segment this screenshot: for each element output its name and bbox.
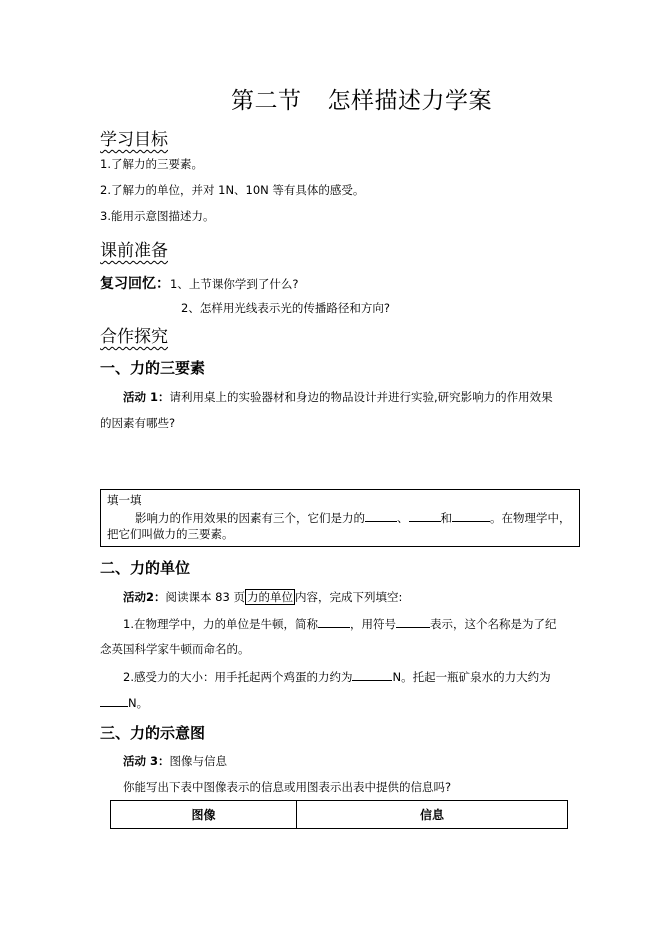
- image-info-table: 图像 信息: [110, 800, 568, 829]
- fill-box-title: 填一填: [107, 492, 142, 508]
- question-text: 1.在物理学中，力的单位是牛顿，简称: [123, 617, 318, 631]
- activity3-label: 活动 3：: [123, 754, 170, 768]
- question-text: N。托起一瓶矿泉水的力大约为: [392, 670, 550, 684]
- activity3-prompt: 你能写出下表中图像表示的信息或用图表示出表中提供的信息吗?: [123, 779, 451, 795]
- preparation-heading: 课前准备: [100, 236, 168, 261]
- blank-element-1[interactable]: [365, 509, 397, 522]
- fill-box-text: 。在物理学中，: [490, 511, 571, 525]
- activity3-text: 图像与信息: [170, 754, 228, 768]
- objective-item: 2.了解力的单位，并对 1N、10N 等有具体的感受。: [100, 182, 364, 198]
- review-question-2: 2、怎样用光线表示光的传播路径和方向?: [181, 300, 390, 316]
- blank-short-name[interactable]: [318, 615, 350, 628]
- blank-bottle-force[interactable]: [100, 694, 128, 707]
- fill-box-line1: 影响力的作用效果的因素有三个，它们是力的、和。在物理学中，: [135, 509, 571, 526]
- title-section-number: 第二节: [231, 88, 302, 114]
- question-text: 表示，这个名称是为了纪: [430, 617, 557, 631]
- section2-heading: 二、力的单位: [100, 557, 190, 578]
- boxed-term: 力的单位: [245, 589, 295, 605]
- section1-heading: 一、力的三要素: [100, 357, 205, 378]
- activity1-line2: 的因素有哪些?: [100, 415, 175, 431]
- table-header-image: 图像: [111, 801, 297, 829]
- fill-in-box: 填一填 影响力的作用效果的因素有三个，它们是力的、和。在物理学中， 把它们叫做力…: [100, 489, 580, 547]
- fill-box-line2: 把它们叫做力的三要素。: [107, 526, 234, 542]
- activity2-text: 阅读课本 83 页: [166, 590, 245, 604]
- activity3-line: 活动 3：图像与信息: [123, 753, 227, 769]
- question-text: N。: [128, 696, 148, 710]
- table-header-row: 图像 信息: [111, 801, 568, 829]
- activity2-line: 活动2：阅读课本 83 页力的单位内容，完成下列填空:: [123, 589, 402, 605]
- objectives-heading: 学习目标: [100, 125, 168, 150]
- blank-element-2[interactable]: [409, 509, 441, 522]
- objective-item: 3.能用示意图描述力。: [100, 208, 214, 224]
- separator: 、: [397, 511, 409, 525]
- blank-eggs-force[interactable]: [352, 668, 392, 681]
- question2-line1: 2.感受力的大小：用手托起两个鸡蛋的力约为N。托起一瓶矿泉水的力大约为: [123, 668, 551, 685]
- activity2-label: 活动2：: [123, 590, 166, 604]
- question-text: 2.感受力的大小：用手托起两个鸡蛋的力约为: [123, 670, 352, 684]
- activity2-text: 内容，完成下列填空:: [295, 590, 402, 604]
- table-header-info: 信息: [297, 801, 568, 829]
- review-question-1: 复习回忆：1、上节课你学到了什么?: [100, 273, 298, 293]
- fill-box-text: 影响力的作用效果的因素有三个，它们是力的: [135, 511, 365, 525]
- question-text: ，用符号: [350, 617, 396, 631]
- section3-heading: 三、力的示意图: [100, 722, 205, 743]
- question1-line2: 念英国科学家牛顿而命名的。: [100, 641, 250, 657]
- question1-line1: 1.在物理学中，力的单位是牛顿，简称，用符号表示，这个名称是为了纪: [123, 615, 556, 632]
- title-text: 怎样描述力学案: [328, 88, 493, 114]
- objective-item: 1.了解力的三要素。: [100, 156, 203, 172]
- page-title: 第二节怎样描述力学案: [231, 82, 492, 115]
- inquiry-heading: 合作探究: [100, 322, 168, 347]
- blank-symbol[interactable]: [396, 615, 430, 628]
- question2-line2: N。: [100, 694, 148, 711]
- separator: 和: [441, 511, 453, 525]
- review-label: 复习回忆：: [100, 276, 170, 292]
- activity1-label: 活动 1：: [123, 390, 170, 404]
- blank-element-3[interactable]: [452, 509, 490, 522]
- activity1-text: 请利用桌上的实验器材和身边的物品设计并进行实验,研究影响力的作用效果: [170, 390, 553, 404]
- review-question-text: 1、上节课你学到了什么?: [170, 277, 298, 291]
- activity1-line1: 活动 1：请利用桌上的实验器材和身边的物品设计并进行实验,研究影响力的作用效果: [123, 389, 553, 405]
